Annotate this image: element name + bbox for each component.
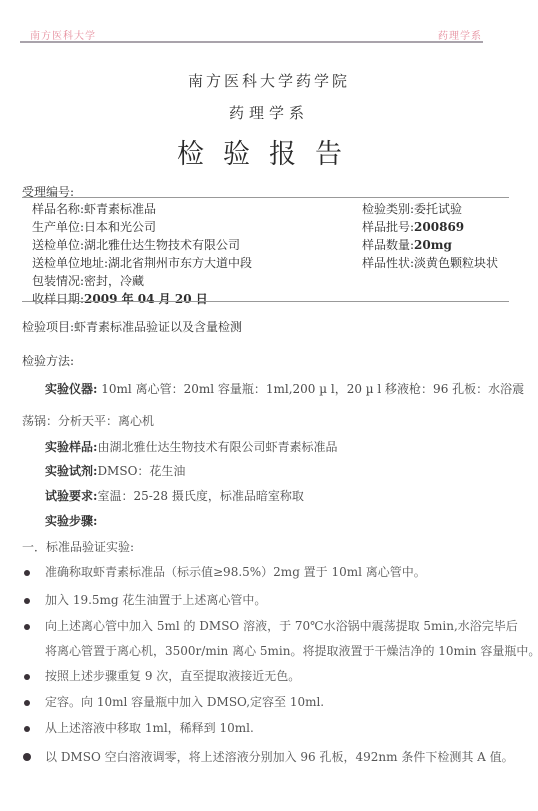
sample-value: 由湖北雅仕达生物技术有限公司虾青素标准品	[97, 440, 337, 454]
info-row-batch-number: 样品批号:200869	[362, 218, 498, 236]
step-item-7: 以 DMSO 空白溶液调零，将上述溶液分别加入 96 孔板，492nm 条件下检…	[45, 748, 514, 765]
info-right-column: 检验类别:委托试验 样品批号:200869 样品数量:20mg 样品性状:淡黄色…	[362, 200, 498, 272]
step-item-3-continued: 将离心管置于离心机，3500r/min 离心 5min。将提取液置于干燥洁净的 …	[45, 642, 538, 659]
department-title: 药理学系	[0, 102, 538, 123]
reagent-label: 实验试剂:	[45, 464, 97, 478]
header-divider	[20, 41, 483, 43]
sample-label: 实验样品:	[45, 440, 97, 454]
step-item-6: 从上述溶液中移取 1ml，稀释到 10ml.	[45, 719, 254, 736]
bullet-icon	[24, 700, 30, 706]
info-row-inspection-type: 检验类别:委托试验	[362, 200, 498, 218]
info-row-sample-name: 样品名称:虾青素标准品	[32, 200, 252, 218]
bullet-icon	[23, 753, 31, 761]
reagent-line: 实验试剂:DMSO：花生油	[45, 462, 185, 479]
bullet-icon	[24, 570, 30, 576]
info-table-bottom-border	[22, 301, 509, 302]
header-left-text: 南方医科大学	[30, 27, 96, 42]
info-row-receipt-date: 收样日期:2009 年 04 月 20 日	[32, 290, 252, 308]
header-right-text: 药理学系	[438, 27, 482, 42]
instruments-label: 实验仪器:	[45, 382, 97, 396]
info-left-column: 样品名称:虾青素标准品 生产单位:日本和光公司 送检单位:湖北雅仕达生物技术有限…	[32, 200, 252, 308]
report-title: 检验报告	[0, 132, 538, 171]
reagent-value: DMSO：花生油	[97, 464, 185, 478]
inspection-item-label: 检验项目:	[22, 320, 74, 334]
steps-line: 实验步骤:	[45, 512, 97, 529]
step-item-5: 定容。向 10ml 容量瓶中加入 DMSO,定容至 10ml.	[45, 693, 324, 710]
bullet-icon	[24, 624, 30, 630]
bullet-icon	[24, 726, 30, 732]
step-item-4: 按照上述步骤重复 9 次，直至提取液接近无色。	[45, 667, 300, 684]
info-row-packaging: 包装情况:密封，冷藏	[32, 272, 252, 290]
info-row-submitter: 送检单位:湖北雅仕达生物技术有限公司	[32, 236, 252, 254]
method-heading: 检验方法:	[22, 352, 74, 369]
instruments-value: 10ml 离心管：20ml 容量瓶：1ml,200 µ l，20 µ l 移液枪…	[101, 382, 524, 396]
step-item-1: 准确称取虾青素标准品（标示值≥98.5%）2mg 置于 10ml 离心管中。	[45, 563, 426, 580]
step-item-2: 加入 19.5mg 花生油置于上述离心管中。	[45, 591, 266, 608]
step-item-3: 向上述离心管中加入 5ml 的 DMSO 溶液，于 70℃水浴锅中震荡提取 5m…	[45, 617, 518, 634]
sample-line: 实验样品:由湖北雅仕达生物技术有限公司虾青素标准品	[45, 438, 337, 455]
info-row-manufacturer: 生产单位:日本和光公司	[32, 218, 252, 236]
bullet-icon	[24, 598, 30, 604]
info-row-sample-appearance: 样品性状:淡黄色颗粒块状	[362, 254, 498, 272]
instruments-line: 实验仪器: 10ml 离心管：20ml 容量瓶：1ml,200 µ l，20 µ…	[45, 380, 524, 397]
requirement-label: 试验要求:	[45, 489, 97, 503]
requirement-value: 室温：25-28 摄氏度，标准品暗室称取	[97, 489, 303, 503]
info-table-top-border	[22, 197, 509, 198]
info-row-submitter-address: 送检单位地址:湖北省荆州市东方大道中段	[32, 254, 252, 272]
instruments-line-continued: 荡锅：分析天平：离心机	[22, 412, 154, 429]
inspection-item-value: 虾青素标准品验证以及含量检测	[74, 320, 242, 334]
steps-label: 实验步骤:	[45, 514, 97, 528]
inspection-item: 检验项目:虾青素标准品验证以及含量检测	[22, 318, 242, 335]
info-row-sample-quantity: 样品数量:20mg	[362, 236, 498, 254]
school-title: 南方医科大学药学院	[0, 70, 538, 91]
section1-heading: 一．标准品验证实验:	[22, 538, 134, 555]
bullet-icon	[24, 674, 30, 680]
requirement-line: 试验要求:室温：25-28 摄氏度，标准品暗室称取	[45, 487, 304, 504]
